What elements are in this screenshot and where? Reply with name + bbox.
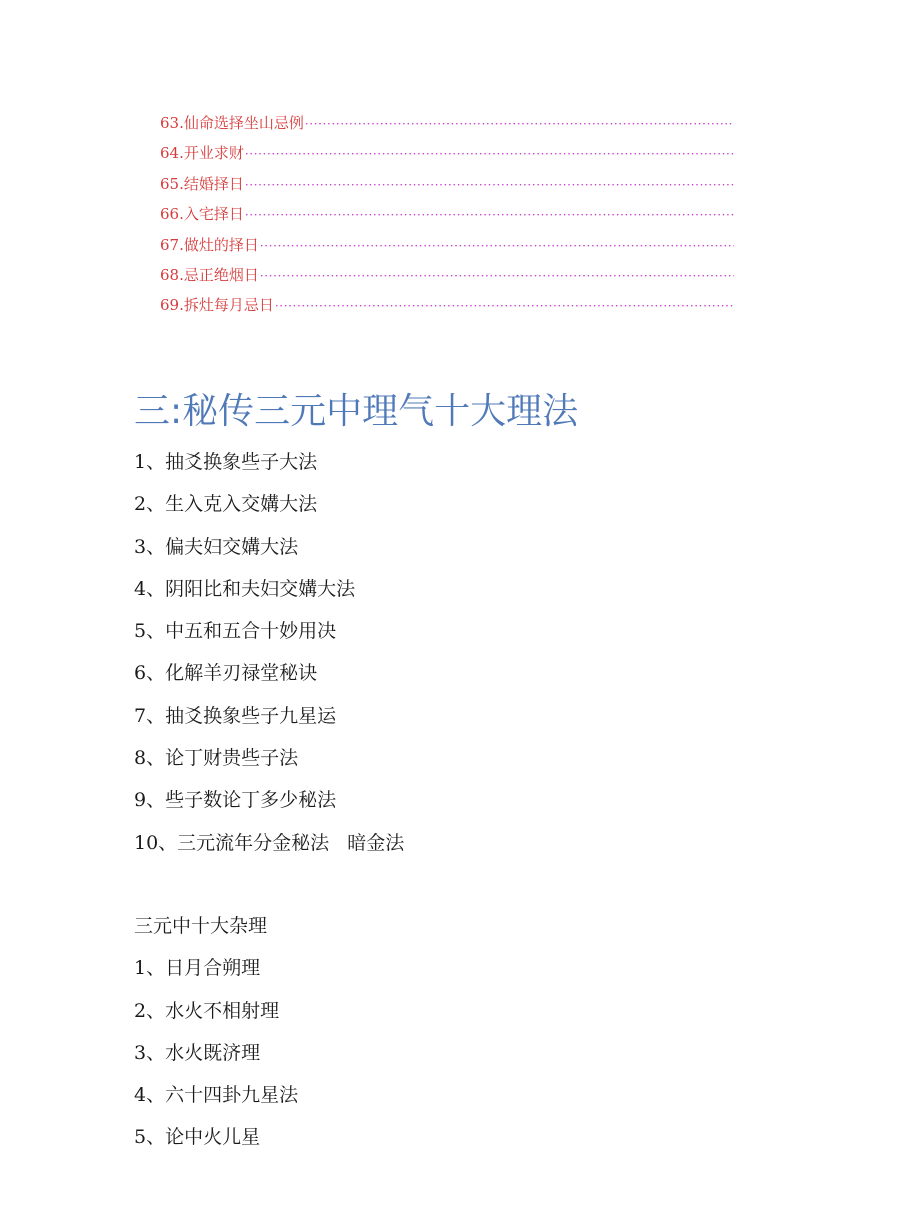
- toc-entry[interactable]: 67.做灶的择日: [160, 234, 734, 264]
- list-item: 1、日月合朔理: [134, 954, 298, 996]
- section-heading: 三:秘传三元中理气十大理法: [134, 388, 578, 436]
- list-item: 3、偏夫妇交媾大法: [134, 533, 404, 575]
- subsection-list: 三元中十大杂理 1、日月合朔理 2、水火不相射理 3、水火既济理 4、六十四卦九…: [134, 912, 298, 1166]
- toc-entry[interactable]: 69.拆灶每月忌日: [160, 294, 734, 324]
- list-item: 5、论中火儿星: [134, 1123, 298, 1165]
- list-item: 2、生入克入交媾大法: [134, 490, 404, 532]
- toc-number: 69.: [160, 294, 184, 316]
- dot-leader: [245, 204, 734, 226]
- toc-title: 做灶的择日: [184, 234, 259, 256]
- toc-title: 拆灶每月忌日: [184, 294, 274, 316]
- toc-title: 忌正绝烟日: [184, 264, 259, 286]
- list-item: 10、三元流年分金秘法 暗金法: [134, 829, 404, 871]
- toc-number: 66.: [160, 203, 184, 225]
- list-item: 4、阴阳比和夫妇交媾大法: [134, 575, 404, 617]
- toc-entry[interactable]: 64.开业求财: [160, 142, 734, 172]
- list-item: 9、些子数论丁多少秘法: [134, 786, 404, 828]
- dot-leader: [260, 265, 734, 287]
- dot-leader: [245, 174, 734, 196]
- toc-title: 开业求财: [184, 142, 244, 164]
- list-item: 6、化解羊刃禄堂秘诀: [134, 659, 404, 701]
- list-item: 7、抽爻换象些子九星运: [134, 702, 404, 744]
- toc-number: 64.: [160, 142, 184, 164]
- toc-entry[interactable]: 65.结婚择日: [160, 173, 734, 203]
- toc-number: 63.: [160, 112, 184, 134]
- dot-leader: [260, 235, 734, 257]
- dot-leader: [245, 143, 734, 165]
- list-item: 1、抽爻换象些子大法: [134, 448, 404, 490]
- toc-entry[interactable]: 66.入宅择日: [160, 203, 734, 233]
- list-item: 2、水火不相射理: [134, 997, 298, 1039]
- list-item: 4、六十四卦九星法: [134, 1081, 298, 1123]
- dot-leader: [275, 295, 734, 317]
- toc-entry[interactable]: 68.忌正绝烟日: [160, 264, 734, 294]
- toc-number: 68.: [160, 264, 184, 286]
- section-list: 1、抽爻换象些子大法 2、生入克入交媾大法 3、偏夫妇交媾大法 4、阴阳比和夫妇…: [134, 448, 404, 871]
- dot-leader: [305, 113, 734, 135]
- subsection-title: 三元中十大杂理: [134, 912, 298, 954]
- toc-title: 结婚择日: [184, 173, 244, 195]
- toc-entry[interactable]: 63.仙命选择坐山忌例: [160, 112, 734, 142]
- list-item: 8、论丁财贵些子法: [134, 744, 404, 786]
- list-item: 5、中五和五合十妙用决: [134, 617, 404, 659]
- table-of-contents: 63.仙命选择坐山忌例 64.开业求财 65.结婚择日 66.入宅择日 67.做…: [160, 112, 734, 325]
- toc-number: 65.: [160, 173, 184, 195]
- list-item: 3、水火既济理: [134, 1039, 298, 1081]
- toc-title: 入宅择日: [184, 203, 244, 225]
- toc-number: 67.: [160, 234, 184, 256]
- toc-title: 仙命选择坐山忌例: [184, 112, 304, 134]
